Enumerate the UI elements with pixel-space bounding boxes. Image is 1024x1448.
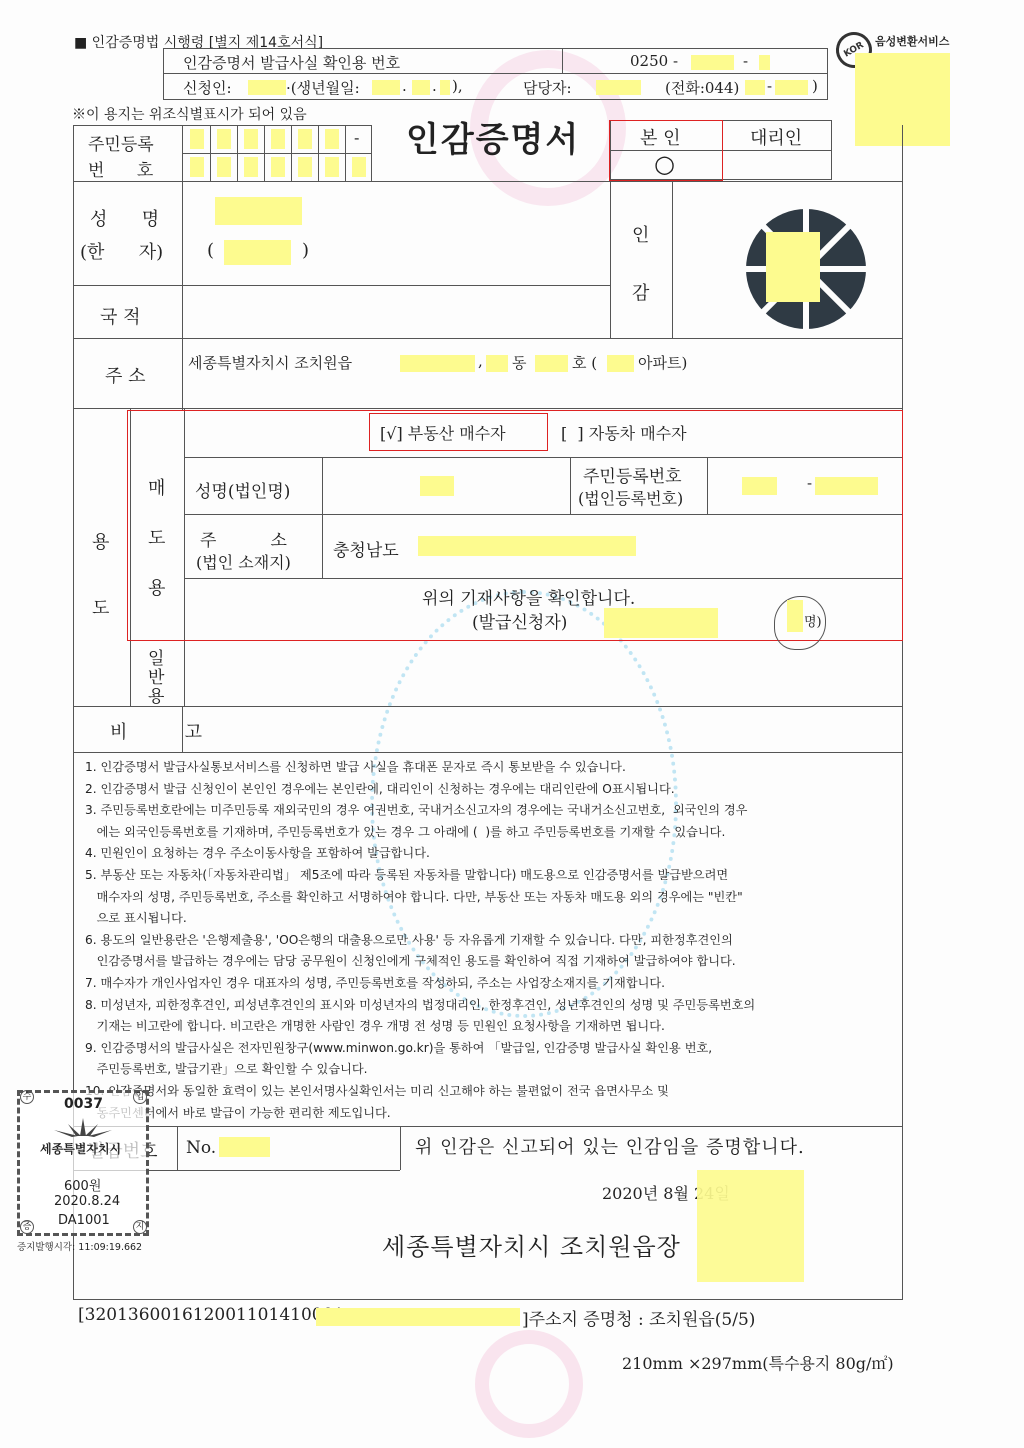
confirm-number-sep: - — [743, 52, 748, 70]
divider — [672, 181, 673, 338]
redacted-rrn-digit — [217, 157, 231, 177]
name-label: 성 명 — [90, 205, 159, 231]
divider — [264, 125, 265, 181]
divider — [163, 73, 828, 74]
redacted-rrn-digit — [244, 157, 258, 177]
redacted-phone-2 — [775, 80, 808, 95]
requester-label: (발급신청자) — [472, 608, 567, 633]
notes-list: 1. 인감증명서 발급사실통보서비스를 신청하면 발급 사실을 휴대폰 문자로 … — [85, 757, 900, 1124]
redacted-official-seal — [697, 1170, 804, 1282]
sign-suffix: 명) — [804, 611, 822, 630]
address-label: 주 소 — [105, 362, 146, 388]
buyer-address-label-2: (법인 소재지) — [196, 550, 291, 573]
redacted-rrn-digit — [190, 157, 204, 177]
stamp-fee: 600원 — [64, 1175, 101, 1194]
stamp-corner-br: 지 — [133, 1220, 147, 1234]
watermark-pink-bottom — [475, 1330, 583, 1438]
divider — [73, 338, 903, 339]
birth-sep: . — [432, 77, 437, 95]
note-line: 1. 인감증명서 발급사실통보서비스를 신청하면 발급 사실을 휴대폰 문자로 … — [85, 757, 900, 779]
divider — [73, 752, 903, 753]
redacted-buyer-rrn-1 — [742, 477, 777, 495]
divider — [183, 153, 371, 154]
usage-label-1: 용 — [92, 528, 109, 554]
divider — [291, 125, 292, 181]
certify-text: 위 인감은 신고되어 있는 인감임을 증명합니다. — [415, 1133, 805, 1159]
voice-service-label: 음성변환서비스 — [875, 33, 949, 49]
stamp-emblem-icon — [48, 1118, 118, 1138]
redacted-rrn-digit — [217, 129, 231, 149]
stamp-serial: 0037 — [64, 1096, 103, 1112]
redacted-address-dong — [486, 355, 508, 372]
divider — [73, 285, 610, 286]
note-line: 기재는 비고란에 합니다. 비고란은 개명한 사람인 경우 개명 전 성명 등 … — [85, 1016, 900, 1038]
redacted-confirm-number-2 — [759, 55, 770, 70]
general-label-3: 용 — [148, 682, 164, 707]
stamp-corner-bl: 증 — [20, 1220, 34, 1234]
birth-close: ), — [452, 77, 463, 95]
redacted-rrn-digit — [298, 129, 312, 149]
divider — [73, 1126, 903, 1127]
divider — [182, 285, 183, 410]
divider — [371, 125, 372, 181]
applicant-label: 신청인: — [183, 77, 232, 98]
stamp-code: DA1001 — [58, 1213, 110, 1228]
divider — [610, 181, 903, 182]
hanja-close: ) — [302, 240, 309, 261]
redacted-confirm-number-1 — [691, 55, 734, 70]
redacted-address-apt — [607, 355, 634, 372]
note-line: 매수자의 성명, 주민등록번호, 주소를 확인하고 서명하여야 합니다. 다만,… — [85, 887, 900, 909]
confirm-label: 인감증명서 발급사실 확인용 번호 — [183, 52, 400, 73]
redacted-signature — [787, 600, 803, 632]
buyer-address-value: 충청남도 — [333, 536, 399, 561]
note-line: 주민등록번호, 발급기관」으로 확인할 수 있습니다. — [85, 1059, 900, 1081]
forgery-note: ※이 용지는 위조식별표시가 되어 있음 — [72, 104, 307, 124]
redacted-rrn-digit — [244, 129, 258, 149]
note-line: 8. 미성년자, 피한정후견인, 피성년후견인의 표시와 미성년자의 법정대리인… — [85, 995, 900, 1017]
redacted-rrn-digit — [298, 157, 312, 177]
stamp-corner-tr: 입 — [133, 1090, 147, 1104]
note-line: 5. 부동산 또는 자동차(「자동차관리법」 제5조에 따라 등록된 자동차를 … — [85, 865, 900, 887]
redacted-rrn-digit — [352, 157, 366, 177]
redacted-rrn-digit — [271, 129, 285, 149]
divider — [318, 125, 319, 181]
redacted-phone-1 — [745, 80, 765, 95]
note-line: 7. 매수자가 개인사업자인 경우 대표자의 성명, 주민등록번호를 작성하되,… — [85, 973, 900, 995]
note-line: 에는 외국인등록번호를 기재하며, 주민등록번호가 있는 경우 그 아래에 ( … — [85, 822, 900, 844]
redacted-address-1 — [400, 355, 475, 372]
redacted-buyer-name — [420, 476, 454, 496]
redacted-applicant — [248, 80, 286, 95]
redacted-rrn-digit — [325, 129, 339, 149]
address-value: 세종특별자치시 조치원읍 — [188, 352, 352, 373]
address-dong: 동 — [512, 352, 527, 373]
confirm-number-prefix: 0250 - — [630, 52, 678, 70]
phone-close: ) — [812, 77, 818, 95]
phone-sep: - — [767, 77, 772, 95]
divider — [73, 408, 903, 409]
officer-label: 담당자: — [523, 77, 572, 98]
redacted-address-ho — [535, 355, 568, 372]
stamp-corner-tl: 수 — [20, 1090, 34, 1104]
note-line: 동주민센터에서 바로 발급이 가능한 편리한 제도입니다. — [85, 1103, 900, 1125]
note-line: 3. 주민등록번호란에는 미주민등록 재외국민의 경우 여권번호, 국내거소신고… — [85, 800, 900, 822]
paper-spec: 210mm ×297mm(특수용지 80g/㎡) — [622, 1351, 894, 1374]
divider — [610, 181, 611, 338]
divider — [345, 125, 346, 181]
issue-number-prefix: No. — [186, 1138, 216, 1158]
nationality-label: 국 적 — [100, 303, 141, 329]
issuer-name: 세종특별자치시 조치원읍장 — [382, 1227, 681, 1262]
note-line: 6. 용도의 일반용란은 '은행제출용', 'OO은행의 대출용으로만 사용' … — [85, 930, 900, 952]
divider — [210, 125, 211, 181]
option-car-buyer[interactable]: [ ] 자동차 매수자 — [561, 421, 687, 444]
redacted-name — [215, 197, 302, 225]
divider — [177, 1126, 178, 1170]
redacted-birth-m — [412, 80, 430, 95]
rrn-dash: - — [354, 128, 359, 147]
address-comma: , — [478, 352, 483, 370]
buyer-address-label-1: 주 소 — [200, 526, 287, 551]
redacted-birth-d — [440, 80, 450, 95]
redacted-buyer-rrn-2 — [815, 477, 878, 495]
redacted-rrn-digit — [271, 157, 285, 177]
divider — [73, 706, 903, 707]
note-line: 9. 인감증명서의 발급사실은 전자민원창구(www.minwon.go.kr)… — [85, 1038, 900, 1060]
redacted-document-code — [316, 1308, 520, 1326]
rrn-label-2: 번 호 — [88, 156, 153, 181]
remarks-label: 비 고 — [110, 718, 202, 744]
redacted-issue-number — [219, 1137, 270, 1157]
birth-sep: . — [402, 77, 407, 95]
redacted-seal — [766, 232, 820, 302]
redacted-birth-y — [372, 80, 400, 95]
document-code: [320136001612001101410001- — [78, 1305, 350, 1325]
redacted-hanja — [224, 240, 291, 265]
divider — [237, 125, 238, 181]
divider — [73, 125, 371, 126]
seal-label-1: 인 — [632, 221, 649, 247]
divider — [400, 1126, 401, 1170]
redacted-officer — [596, 80, 641, 95]
birth-label: ·(생년월일: — [286, 77, 360, 98]
buyer-rrn-label-1: 주민등록번호 — [583, 462, 682, 487]
document-code-suffix: ]주소지 증명청 : 조치원읍(5/5) — [522, 1305, 755, 1330]
note-line: 2. 인감증명서 발급 신청인이 본인인 경우에는 본인란에, 대리인이 신청하… — [85, 779, 900, 801]
seal-label-2: 감 — [632, 279, 649, 305]
redacted-rrn-digit — [325, 157, 339, 177]
buyer-rrn-label-2: (법인등록번호) — [578, 486, 683, 509]
note-line: 인감증명서를 발급하는 경우에는 담당 공무원이 신청인에게 구체적인 용도를 … — [85, 951, 900, 973]
buyer-rrn-sep: - — [807, 474, 812, 492]
note-line: 으로 표시됩니다. — [85, 908, 900, 930]
stamp-issued-time: 증지발행시각: 11:09:19.662 — [17, 1239, 142, 1253]
stamp-date: 2020.8.24 — [54, 1194, 120, 1209]
address-apt: 아파트) — [638, 352, 687, 373]
hanja-label: (한 자) — [80, 238, 163, 264]
address-ho: 호 ( — [572, 352, 597, 373]
hanja-open: ( — [207, 240, 214, 261]
redacted-buyer-address — [418, 536, 636, 556]
confirm-statement: 위의 기재사항을 확인합니다. — [422, 584, 635, 609]
redacted-rrn-digit — [190, 129, 204, 149]
buyer-name-label: 성명(법인명) — [195, 477, 290, 502]
stamp-city: 세종특별자치시 — [40, 1140, 121, 1157]
usage-label-2: 도 — [92, 594, 109, 620]
rrn-label-1: 주민등록 — [88, 130, 154, 155]
redacted-requester-name — [604, 608, 718, 638]
note-line: 10. 인감증명서와 동일한 효력이 있는 본인서명사실확인서는 미리 신고해야… — [85, 1081, 900, 1103]
phone-label: (전화:044) — [665, 77, 739, 98]
divider — [73, 181, 610, 182]
option-realestate-buyer[interactable]: [√] 부동산 매수자 — [380, 421, 506, 444]
note-line: 4. 민원인이 요청하는 경우 주소이동사항을 포함하여 발급합니다. — [85, 843, 900, 865]
divider — [562, 48, 563, 73]
